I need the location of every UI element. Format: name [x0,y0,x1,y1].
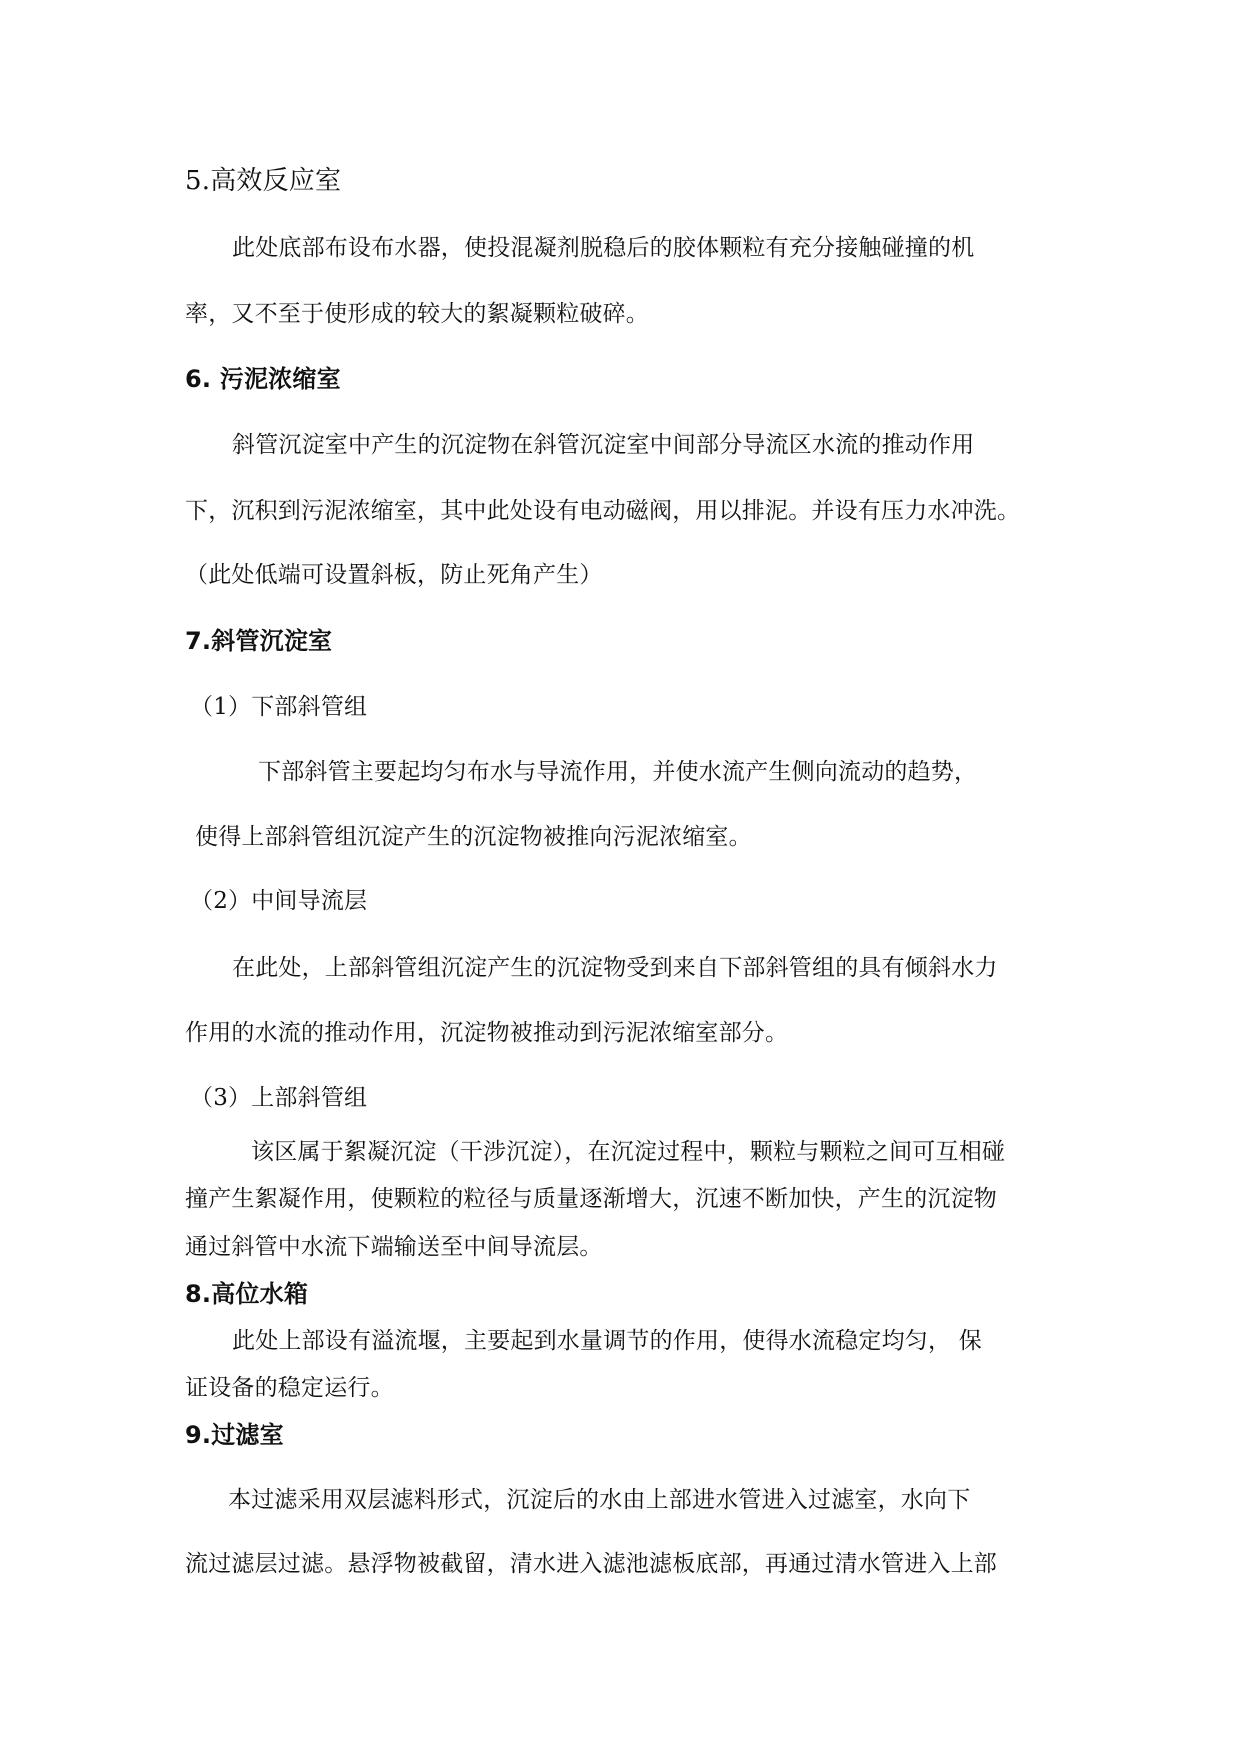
section-heading-9: 9.过滤室 [185,1420,284,1450]
section-heading-6: 6. 污泥浓缩室 [185,364,341,394]
paragraph-line: 通过斜管中水流下端输送至中间导流层。 [185,1232,603,1262]
paragraph-line: 流过滤层过滤。悬浮物被截留，清水进入滤池滤板底部，再通过清水管进入上部 [185,1549,997,1579]
section-heading-5: 5.高效反应室 [185,166,341,196]
paragraph-line: 撞产生絮凝作用，使颗粒的粒径与质量逐渐增大，沉速不断加快，产生的沉淀物 [185,1184,997,1214]
section-heading-7: 7.斜管沉淀室 [185,626,332,656]
paragraph-line: 该区属于絮凝沉淀（干涉沉淀），在沉淀过程中，颗粒与颗粒之间可互相碰 [251,1137,1005,1167]
paragraph-line: 此处上部设有溢流堰，主要起到水量调节的作用，使得水流稳定均匀， 保 [232,1326,982,1356]
subsection-title: （2）中间导流层 [190,886,367,916]
paragraph-line: 斜管沉淀室中产生的沉淀物在斜管沉淀室中间部分导流区水流的推动作用 [232,430,974,460]
paragraph-line: 本过滤采用双层滤料形式，沉淀后的水由上部进水管进入过滤室，水向下 [228,1485,970,1515]
paragraph-line: 证设备的稳定运行。 [185,1373,394,1403]
section-heading-8: 8.高位水箱 [185,1279,308,1309]
paragraph-line: 下，沉积到污泥浓缩室，其中此处设有电动磁阀，用以排泥。并设有压力水冲洗。 [185,496,1020,526]
paragraph-line: 作用的水流的推动作用，沉淀物被推动到污泥浓缩室部分。 [185,1018,788,1048]
paragraph-line: 使得上部斜管组沉淀产生的沉淀物被推向污泥浓缩室。 [195,822,752,852]
document-page: 5.高效反应室 此处底部布设布水器，使投混凝剂脱稳后的胶体颗粒有充分接触碰撞的机… [0,0,1240,1754]
paragraph-line: 在此处，上部斜管组沉淀产生的沉淀物受到来自下部斜管组的具有倾斜水力 [232,953,998,983]
paragraph-line: 此处底部布设布水器，使投混凝剂脱稳后的胶体颗粒有充分接触碰撞的机 [232,233,974,263]
paragraph-line: 下部斜管主要起均匀布水与导流作用，并使水流产生侧向流动的趋势， [258,757,977,787]
subsection-title: （3）上部斜管组 [190,1083,367,1113]
subsection-title: （1）下部斜管组 [190,692,367,722]
paragraph-line: （此处低端可设置斜板，防止死角产生） [185,560,603,590]
paragraph-line: 率，又不至于使形成的较大的絮凝颗粒破碎。 [185,299,649,329]
